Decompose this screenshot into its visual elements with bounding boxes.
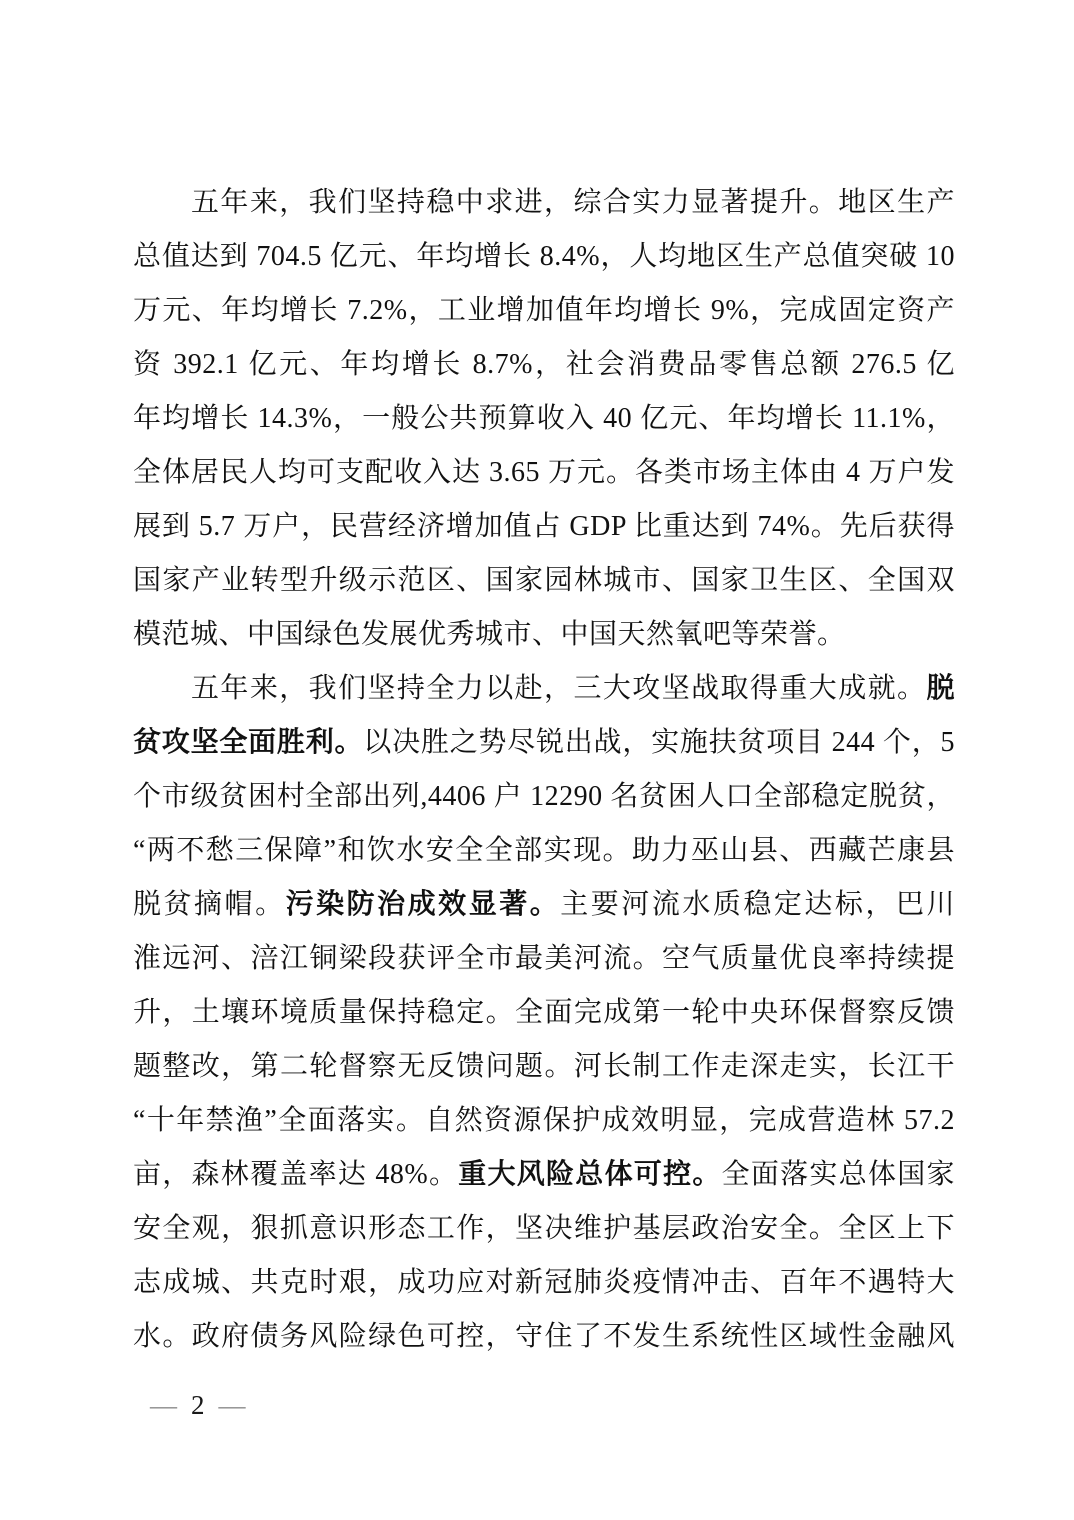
text-run: 安全观，狠抓意识形态工作，坚决维护基层政治安全。全区上下众: [133, 1213, 955, 1256]
text-run: 全面落实总体国家: [722, 1159, 955, 1190]
text-line: 个市级贫困村全部出列,4406 户 12290 名贫困人口全部稳定脱贫，: [133, 770, 955, 824]
footer-right-dash: —: [219, 1390, 246, 1420]
text-line: 展到 5.7 万户，民营经济增加值占 GDP 比重达到 74%。先后获得: [133, 500, 955, 554]
text-line: 全体居民人均可支配收入达 3.65 万元。各类市场主体由 4 万户发: [133, 446, 955, 500]
text-run: 五年来，我们坚持全力以赴，三大攻坚战取得重大成就。: [191, 673, 926, 704]
text-line: 安全观，狠抓意识形态工作，坚决维护基层政治安全。全区上下众: [133, 1202, 955, 1256]
bold-text-run: 污染防治成效显著。: [286, 889, 561, 920]
text-run: 模范城、中国绿色发展优秀城市、中国天然氧吧等荣誉。: [133, 619, 846, 650]
text-run: 题整改，第二轮督察无反馈问题。河长制工作走深走实，长江干支流: [133, 1051, 955, 1094]
page-number: 2: [191, 1390, 205, 1420]
text-run: 总值达到 704.5 亿元、年均增长 8.4%，人均地区生产总值突破 10: [133, 241, 955, 272]
text-line: 年均增长 14.3%，一般公共预算收入 40 亿元、年均增长 11.1%，: [133, 392, 955, 446]
text-run: 水。政府债务风险绿色可控，守住了不发生系统性区域性金融风险: [133, 1321, 955, 1364]
text-line: 志成城、共克时艰，成功应对新冠肺炎疫情冲击、百年不遇特大洪: [133, 1256, 955, 1310]
document-page: 五年来，我们坚持稳中求进，综合实力显著提升。地区生产总值达到 704.5 亿元、…: [0, 0, 1074, 1520]
text-run: 年均增长 14.3%，一般公共预算收入 40 亿元、年均增长 11.1%，: [133, 403, 955, 434]
text-run: “两不愁三保障”和饮水安全全部实现。助力巫山县、西藏芒康县: [133, 835, 955, 866]
text-block: 五年来，我们坚持稳中求进，综合实力显著提升。地区生产总值达到 704.5 亿元、…: [133, 176, 955, 1364]
text-run: 个市级贫困村全部出列,4406 户 12290 名贫困人口全部稳定脱贫，: [133, 781, 955, 812]
text-run: “十年禁渔”全面落实。自然资源保护成效明显，完成营造林 57.2 万: [133, 1105, 955, 1148]
text-line: “两不愁三保障”和饮水安全全部实现。助力巫山县、西藏芒康县: [133, 824, 955, 878]
text-run: 展到 5.7 万户，民营经济增加值占 GDP 比重达到 74%。先后获得: [133, 511, 955, 542]
text-line: 升，土壤环境质量保持稳定。全面完成第一轮中央环保督察反馈问: [133, 986, 955, 1040]
text-run: 升，土壤环境质量保持稳定。全面完成第一轮中央环保督察反馈问: [133, 997, 955, 1040]
text-run: 亩，森林覆盖率达 48%。: [133, 1159, 458, 1190]
text-run: 万元、年均增长 7.2%，工业增加值年均增长 9%，完成固定资产投: [133, 295, 955, 338]
paragraph: 五年来，我们坚持全力以赴，三大攻坚战取得重大成就。脱贫攻坚全面胜利。以决胜之势尽…: [133, 662, 955, 1364]
text-run: 资 392.1 亿元、年均增长 8.7%，社会消费品零售总额 276.5 亿元、: [133, 349, 955, 392]
text-line: 总值达到 704.5 亿元、年均增长 8.4%，人均地区生产总值突破 10: [133, 230, 955, 284]
bold-text-run: 脱: [926, 673, 955, 704]
text-line: 国家产业转型升级示范区、国家园林城市、国家卫生区、全国双拥: [133, 554, 955, 608]
page-footer: —2—: [150, 1385, 246, 1425]
text-line: “十年禁渔”全面落实。自然资源保护成效明显，完成营造林 57.2 万: [133, 1094, 955, 1148]
text-line: 题整改，第二轮督察无反馈问题。河长制工作走深走实，长江干支流: [133, 1040, 955, 1094]
text-line: 五年来，我们坚持全力以赴，三大攻坚战取得重大成就。脱: [133, 662, 955, 716]
text-line: 模范城、中国绿色发展优秀城市、中国天然氧吧等荣誉。: [133, 608, 955, 662]
bold-text-run: 贫攻坚全面胜利。: [133, 727, 363, 758]
text-run: 以决胜之势尽锐出战，实施扶贫项目 244 个，5: [363, 727, 955, 758]
text-run: 志成城、共克时艰，成功应对新冠肺炎疫情冲击、百年不遇特大洪: [133, 1267, 955, 1310]
text-run: 淮远河、涪江铜梁段获评全市最美河流。空气质量优良率持续提: [133, 943, 955, 974]
text-line: 脱贫摘帽。污染防治成效显著。主要河流水质稳定达标，巴川河、: [133, 878, 955, 932]
text-line: 水。政府债务风险绿色可控，守住了不发生系统性区域性金融风险: [133, 1310, 955, 1364]
paragraph: 五年来，我们坚持稳中求进，综合实力显著提升。地区生产总值达到 704.5 亿元、…: [133, 176, 955, 662]
text-line: 资 392.1 亿元、年均增长 8.7%，社会消费品零售总额 276.5 亿元、: [133, 338, 955, 392]
text-run: 五年来，我们坚持稳中求进，综合实力显著提升。地区生产: [191, 187, 955, 218]
text-line: 贫攻坚全面胜利。以决胜之势尽锐出战，实施扶贫项目 244 个，5: [133, 716, 955, 770]
text-run: 脱贫摘帽。: [133, 889, 286, 920]
text-run: 国家产业转型升级示范区、国家园林城市、国家卫生区、全国双拥: [133, 565, 955, 608]
text-line: 淮远河、涪江铜梁段获评全市最美河流。空气质量优良率持续提: [133, 932, 955, 986]
text-line: 亩，森林覆盖率达 48%。重大风险总体可控。全面落实总体国家: [133, 1148, 955, 1202]
footer-left-dash: —: [150, 1390, 177, 1420]
text-line: 万元、年均增长 7.2%，工业增加值年均增长 9%，完成固定资产投: [133, 284, 955, 338]
text-line: 五年来，我们坚持稳中求进，综合实力显著提升。地区生产: [133, 176, 955, 230]
text-run: 全体居民人均可支配收入达 3.65 万元。各类市场主体由 4 万户发: [133, 457, 955, 488]
bold-text-run: 重大风险总体可控。: [458, 1159, 721, 1190]
